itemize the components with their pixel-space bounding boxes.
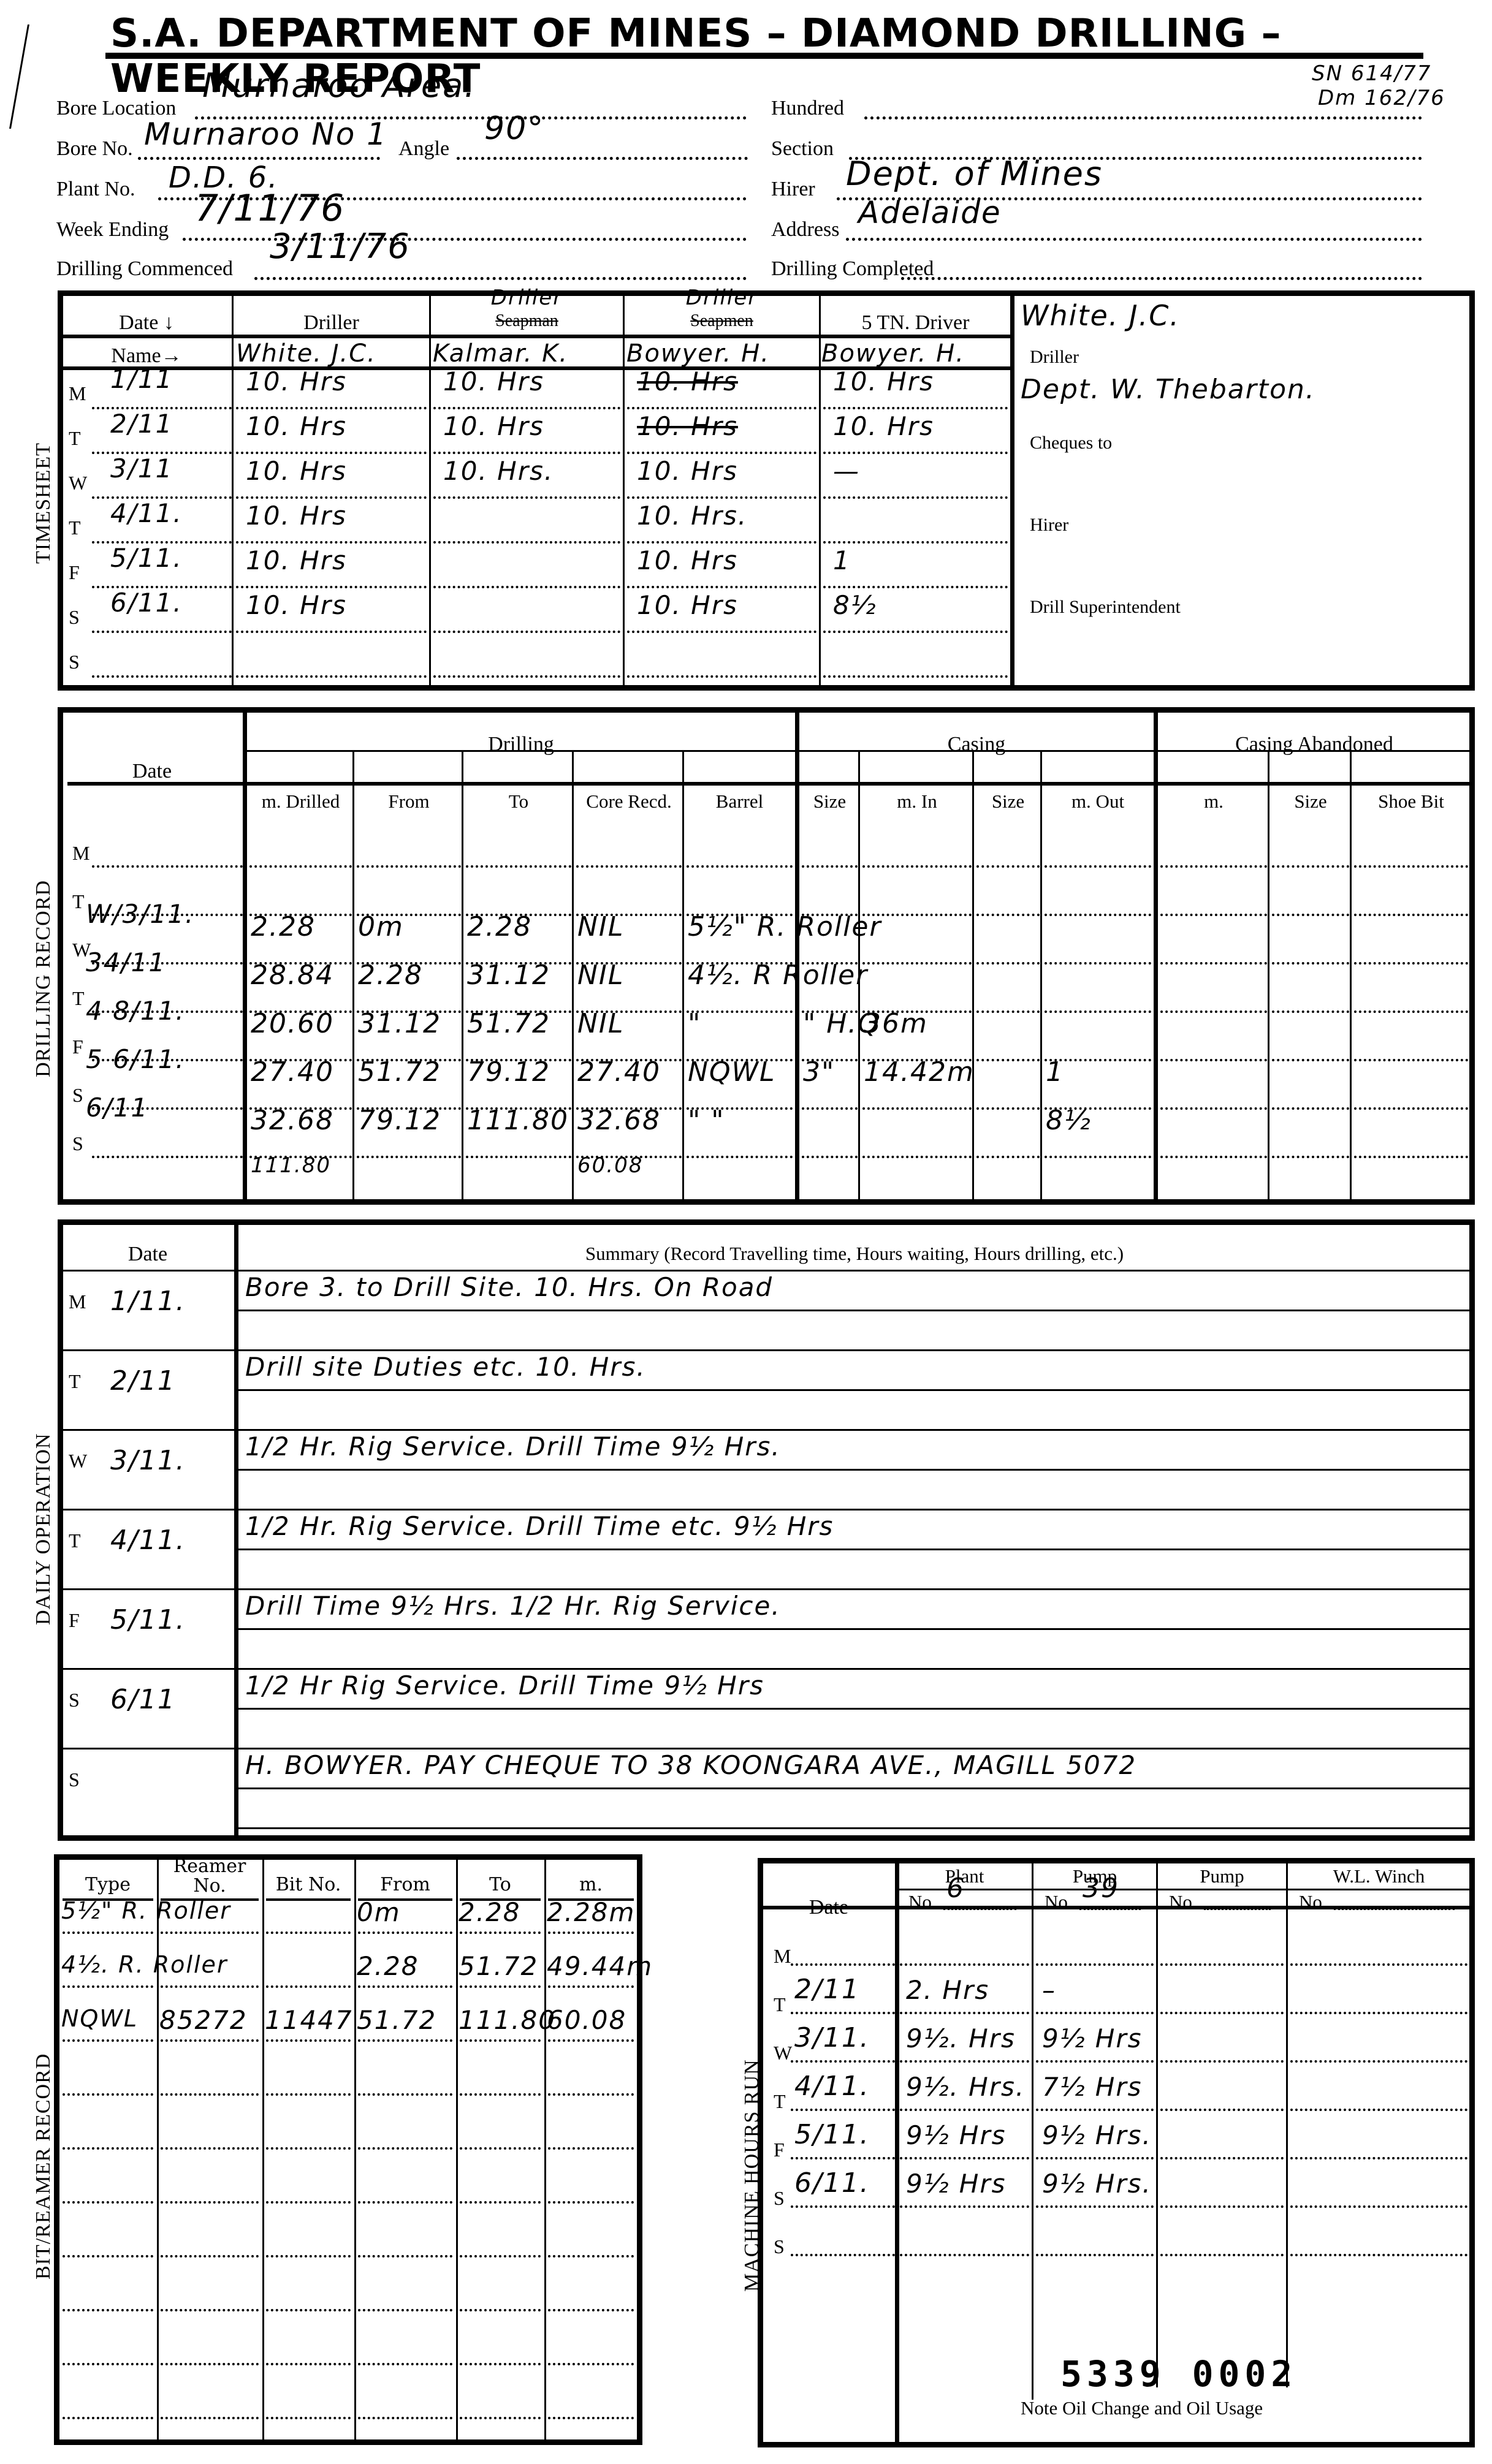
- row-dotted-line: [976, 962, 1040, 965]
- drilling-cell[interactable]: 27.40: [577, 1056, 661, 1088]
- timesheet-day-label: F: [69, 561, 80, 584]
- daily-date[interactable]: 6/11: [110, 1684, 176, 1715]
- row-dotted-line: [1160, 1963, 1284, 1966]
- drilling-cell[interactable]: 8½: [1046, 1105, 1092, 1136]
- row-dotted-line: [63, 1985, 153, 1988]
- row-dotted-line: [460, 2363, 541, 2365]
- daily-summary-text[interactable]: 1/2 Hr. Rig Service. Drill Time 9½ Hrs.: [245, 1431, 781, 1461]
- row-dotted-line: [1272, 914, 1349, 916]
- timesheet-day-label: W: [69, 472, 87, 495]
- timesheet-cell[interactable]: 10. Hrs: [637, 411, 738, 441]
- timesheet-day-label: S: [69, 606, 80, 629]
- column-divider: [456, 1857, 458, 2443]
- machine-day-label: W: [774, 2042, 792, 2064]
- side-cheques-to-value[interactable]: Dept. W. Thebarton.: [1021, 374, 1315, 405]
- timesheet-cell[interactable]: 10. Hrs: [246, 590, 347, 620]
- row-dotted-line: [1160, 2060, 1284, 2063]
- row-dotted-line: [1272, 1059, 1349, 1061]
- row-dotted-line: [1354, 1156, 1468, 1158]
- drilling-cell[interactable]: 27.40: [251, 1056, 334, 1088]
- row-dotted-line: [460, 1985, 541, 1988]
- row-dotted-line: [63, 2039, 153, 2042]
- no-dotted-line: [1079, 1908, 1141, 1910]
- bit-cell[interactable]: 49.44m: [547, 1951, 653, 1981]
- drilling-col-header: m. In: [860, 790, 974, 813]
- plant-no-label: Plant No.: [56, 178, 135, 201]
- row-dotted-line: [823, 541, 1008, 544]
- row-dotted-line: [161, 2093, 259, 2096]
- ruled-line: [238, 1509, 1471, 1511]
- machine-cell[interactable]: 7½ Hrs: [1042, 2072, 1143, 2102]
- row-dotted-line: [161, 2363, 259, 2365]
- header-rule: [266, 1898, 351, 1901]
- row-dotted-line: [900, 2205, 1029, 2208]
- daily-day-label: F: [69, 1609, 80, 1632]
- row-dotted-line: [1290, 2157, 1467, 2159]
- row-dotted-line: [687, 1156, 793, 1158]
- drilling-cell[interactable]: ": [688, 1008, 701, 1039]
- drilling-cell[interactable]: 51.72: [358, 1056, 441, 1088]
- daily-summary-text[interactable]: H. BOWYER. PAY CHEQUE TO 38 KOONGARA AVE…: [245, 1750, 1136, 1780]
- row-dotted-line: [802, 1107, 858, 1110]
- row-dotted-line: [862, 865, 972, 868]
- row-dotted-line: [900, 1963, 1029, 1966]
- timesheet-cell[interactable]: 10. Hrs: [833, 411, 934, 441]
- row-dotted-line: [63, 2093, 153, 2096]
- bit-cell[interactable]: 2.28: [459, 1897, 521, 1927]
- row-dotted-line: [1160, 1059, 1267, 1061]
- drilling-cell[interactable]: 31.12: [358, 1008, 441, 1039]
- machine-cell[interactable]: 9½ Hrs: [1042, 2023, 1143, 2053]
- row-dotted-line: [900, 2254, 1029, 2256]
- row-dotted-line: [1354, 962, 1468, 965]
- side-drill-superintendent-label: Drill Superintendent: [1030, 597, 1181, 618]
- reference-number-1: SN 614/77: [1312, 61, 1431, 86]
- row-dotted-line: [791, 2109, 895, 2111]
- side-hirer-label: Hirer: [1030, 515, 1068, 536]
- ruled-line: [238, 1668, 1471, 1670]
- row-dotted-line: [63, 2363, 153, 2365]
- timesheet-name-col4[interactable]: Bowyer. H.: [821, 339, 965, 368]
- drilling-commenced-field[interactable]: 3/11/76: [270, 227, 411, 267]
- side-driller-label: Driller: [1030, 347, 1079, 368]
- timesheet-cell[interactable]: 10. Hrs: [637, 545, 738, 575]
- daily-summary-text[interactable]: Drill Time 9½ Hrs. 1/2 Hr. Rig Service.: [245, 1591, 781, 1621]
- row-divider: [61, 1509, 234, 1511]
- daily-date[interactable]: 2/11: [110, 1365, 176, 1397]
- row-divider: [61, 1349, 234, 1351]
- daily-summary-text[interactable]: 1/2 Hr. Rig Service. Drill Time etc. 9½ …: [245, 1511, 834, 1541]
- row-dotted-line: [1045, 1010, 1151, 1013]
- row-dotted-line: [266, 1985, 351, 1988]
- bit-cell[interactable]: 111.80: [459, 2005, 556, 2035]
- row-divider: [61, 1588, 234, 1590]
- timesheet-cell[interactable]: 10. Hrs: [637, 366, 738, 396]
- row-divider: [61, 1748, 234, 1749]
- row-dotted-line: [791, 2205, 895, 2208]
- timesheet-date-header: Date ↓: [61, 311, 232, 335]
- row-dotted-line: [460, 2417, 541, 2419]
- ruled-line: [238, 1349, 1471, 1351]
- row-dotted-line: [460, 2147, 541, 2150]
- address-label: Address: [771, 218, 839, 241]
- machine-date[interactable]: 5/11.: [794, 2119, 870, 2150]
- drilling-cell[interactable]: 32.68: [251, 1105, 334, 1136]
- timesheet-name-col3[interactable]: Bowyer. H.: [626, 339, 770, 368]
- row-dotted-line: [460, 1931, 541, 1934]
- row-dotted-line: [236, 675, 427, 678]
- drilling-cell[interactable]: 14.42m: [864, 1056, 975, 1088]
- angle-field[interactable]: 90°: [484, 110, 544, 147]
- machine-date[interactable]: 2/11: [794, 1974, 860, 2005]
- machine-date-header: Date: [763, 1896, 895, 1919]
- row-dotted-line: [1272, 1010, 1349, 1013]
- row-dotted-line: [1272, 865, 1349, 868]
- timesheet-cell[interactable]: 10. Hrs: [637, 590, 738, 620]
- ruled-line: [238, 1588, 1471, 1590]
- ruled-line: [238, 1429, 1471, 1431]
- bit-reamer-section-label: BIT/REAMER RECORD: [32, 2053, 55, 2280]
- row-dotted-line: [802, 865, 858, 868]
- row-dotted-line: [161, 2201, 259, 2204]
- row-dotted-line: [1160, 1010, 1267, 1013]
- timesheet-cell[interactable]: 10. Hrs: [246, 545, 347, 575]
- drilling-day-label: T: [72, 987, 85, 1010]
- row-dotted-line: [161, 1985, 259, 1988]
- timesheet-cell[interactable]: 1: [833, 545, 851, 575]
- row-dotted-line: [236, 452, 427, 454]
- row-dotted-line: [687, 1010, 793, 1013]
- row-dotted-line: [791, 2060, 895, 2063]
- drilling-cell[interactable]: 28.84: [251, 960, 334, 991]
- machine-date[interactable]: 3/11.: [794, 2022, 870, 2053]
- timesheet-date[interactable]: 2/11: [110, 409, 173, 439]
- row-dotted-line: [1160, 962, 1267, 965]
- timesheet-col-driver-header: 5 TN. Driver: [821, 311, 1010, 335]
- drilling-cell[interactable]: 3": [803, 1056, 835, 1088]
- drilling-cell[interactable]: NIL: [577, 960, 624, 991]
- row-dotted-line: [1045, 865, 1151, 868]
- row-dotted-line: [460, 2255, 541, 2257]
- row-dotted-line: [900, 2109, 1029, 2111]
- machine-day-label: S: [774, 2235, 785, 2258]
- row-dotted-line: [1354, 865, 1468, 868]
- timesheet-date[interactable]: 6/11.: [110, 588, 183, 618]
- row-dotted-line: [236, 631, 427, 633]
- row-dotted-line: [627, 631, 816, 633]
- drilling-cell[interactable]: 32.68: [577, 1105, 661, 1136]
- column-divider: [262, 1857, 264, 2443]
- timesheet-cell[interactable]: 10. Hrs: [637, 456, 738, 486]
- timesheet-cell[interactable]: 10. Hrs: [833, 366, 934, 396]
- daily-day-label: W: [69, 1450, 87, 1473]
- daily-date-header: Date: [61, 1243, 234, 1266]
- daily-day-label: S: [69, 1689, 80, 1712]
- machine-no-label: No.: [1299, 1891, 1327, 1913]
- daily-date[interactable]: 1/11.: [110, 1286, 186, 1317]
- row-dotted-line: [92, 1156, 243, 1158]
- timesheet-cell[interactable]: 10. Hrs: [443, 366, 544, 396]
- machine-day-label: M: [774, 1945, 791, 1968]
- bit-cell[interactable]: NQWL: [61, 2005, 138, 2032]
- daily-day-label: M: [69, 1291, 86, 1313]
- timesheet-col-3-annotation: Driller: [625, 286, 819, 310]
- row-dotted-line: [791, 2254, 895, 2256]
- daily-date[interactable]: 4/11.: [110, 1525, 186, 1556]
- machine-cell[interactable]: 9½ Hrs.: [1042, 2120, 1152, 2150]
- bit-cell[interactable]: 51.72: [357, 2005, 436, 2035]
- ruled-line: [238, 1389, 1471, 1391]
- row-dotted-line: [627, 675, 816, 678]
- row-dotted-line: [266, 2417, 351, 2419]
- drilling-date[interactable]: 4 8/11.: [86, 996, 185, 1026]
- machine-no-value[interactable]: 39: [1083, 1873, 1119, 1904]
- column-divider: [682, 750, 684, 1202]
- timesheet-cell[interactable]: 10. Hrs.: [443, 456, 554, 486]
- timesheet-cell[interactable]: —: [833, 456, 860, 486]
- machine-day-label: S: [774, 2187, 785, 2210]
- row-dotted-line: [627, 586, 816, 588]
- drilling-cell[interactable]: 1: [1046, 1056, 1064, 1088]
- drilling-cell[interactable]: NQWL: [688, 1056, 776, 1088]
- row-dotted-line: [236, 496, 427, 499]
- row-dotted-line: [1160, 2205, 1284, 2208]
- row-dotted-line: [92, 631, 232, 633]
- drilling-cell[interactable]: 111.80: [251, 1153, 331, 1178]
- ruled-line: [238, 1787, 1471, 1789]
- row-dotted-line: [358, 2201, 452, 2204]
- row-dotted-line: [266, 2363, 351, 2365]
- bit-col-header: Bit No.: [262, 1875, 354, 1895]
- section-label: Section: [771, 137, 834, 161]
- timesheet-cell[interactable]: 10. Hrs: [246, 366, 347, 396]
- row-dotted-line: [1036, 2060, 1154, 2063]
- drilling-col-header: Size: [974, 790, 1042, 813]
- drilling-cell[interactable]: NIL: [577, 1008, 624, 1039]
- ruled-line: [238, 1827, 1471, 1829]
- drilling-date[interactable]: 6/11: [86, 1093, 148, 1123]
- daily-summary-text[interactable]: Bore 3. to Drill Site. 10. Hrs. On Road: [245, 1272, 773, 1302]
- no-dotted-line: [943, 1908, 1016, 1910]
- drilling-cell[interactable]: 79.12: [467, 1056, 550, 1088]
- timesheet-day-label: T: [69, 517, 81, 539]
- bore-location-field[interactable]: Murnaroo Area.: [202, 66, 476, 105]
- hirer-field[interactable]: Dept. of Mines: [846, 154, 1103, 193]
- row-dotted-line: [1354, 914, 1468, 916]
- drilling-cell[interactable]: 31.12: [467, 960, 550, 991]
- row-dotted-line: [548, 1931, 634, 1934]
- bit-cell[interactable]: 2.28: [357, 1951, 419, 1981]
- row-dotted-line: [862, 962, 972, 965]
- drilling-cell[interactable]: 51.72: [467, 1008, 550, 1039]
- row-dotted-line: [266, 2093, 351, 2096]
- timesheet-cell[interactable]: 10. Hrs: [443, 411, 544, 441]
- ruled-line: [238, 1628, 1471, 1630]
- daily-day-label: T: [69, 1530, 81, 1552]
- drilling-date[interactable]: W/3/11.: [86, 899, 194, 929]
- bit-cell[interactable]: 60.08: [547, 2005, 626, 2035]
- drilling-cell[interactable]: 0m: [358, 911, 404, 942]
- row-dotted-line: [63, 2309, 153, 2311]
- daily-summary-text[interactable]: Drill site Duties etc. 10. Hrs.: [245, 1352, 646, 1382]
- timesheet-col-driller-header: Driller: [234, 311, 429, 335]
- bit-cell[interactable]: 85272: [159, 2005, 248, 2035]
- side-driller-value[interactable]: White. J.C.: [1021, 299, 1180, 332]
- timesheet-name-col2[interactable]: Kalmar. K.: [433, 339, 568, 368]
- row-dotted-line: [358, 2093, 452, 2096]
- machine-cell[interactable]: 9½ Hrs: [906, 2120, 1007, 2150]
- drilling-cell[interactable]: 2.28: [467, 911, 532, 942]
- drilling-date[interactable]: 5 6/11.: [86, 1044, 185, 1074]
- drilling-day-label: S: [72, 1132, 83, 1155]
- drilling-cell[interactable]: 2.28: [358, 960, 423, 991]
- address-field[interactable]: Adelaide: [858, 195, 1002, 230]
- timesheet-cell[interactable]: 8½: [833, 590, 877, 620]
- row-dotted-line: [627, 541, 816, 544]
- timesheet-cell[interactable]: 10. Hrs: [246, 456, 347, 486]
- row-dotted-line: [357, 865, 461, 868]
- daily-day-label: S: [69, 1768, 80, 1791]
- timesheet-date[interactable]: 1/11: [110, 364, 173, 394]
- bit-cell[interactable]: 11447: [265, 2005, 353, 2035]
- angle-label: Angle: [398, 137, 449, 161]
- row-dotted-line: [900, 2060, 1029, 2063]
- timesheet-cell[interactable]: 10. Hrs: [246, 501, 347, 531]
- row-dotted-line: [823, 586, 1008, 588]
- drilling-cell[interactable]: 60.08: [577, 1153, 643, 1178]
- row-dotted-line: [358, 2309, 452, 2311]
- machine-col-header: W.L. Winch: [1288, 1865, 1470, 1887]
- row-dotted-line: [357, 1156, 461, 1158]
- row-dotted-line: [548, 2093, 634, 2096]
- daily-summary-text[interactable]: 1/2 Hr Rig Service. Drill Time 9½ Hrs: [245, 1670, 764, 1700]
- row-dotted-line: [627, 452, 816, 454]
- row-dotted-line: [236, 407, 427, 409]
- drilling-record-section-label: DRILLING RECORD: [32, 880, 55, 1077]
- row-dotted-line: [63, 2201, 153, 2204]
- machine-cell[interactable]: 2. Hrs: [906, 1975, 989, 2005]
- row-dotted-line: [358, 1985, 452, 1988]
- machine-cell[interactable]: 9½ Hrs: [906, 2169, 1007, 2199]
- bit-cell[interactable]: 51.72: [459, 1951, 538, 1981]
- week-ending-field[interactable]: 7/11/76: [195, 187, 345, 230]
- row-dotted-line: [236, 541, 427, 544]
- machine-date[interactable]: 6/11.: [794, 2167, 870, 2199]
- ruled-line: [238, 1748, 1471, 1749]
- row-dotted-line: [433, 586, 620, 588]
- drilling-date[interactable]: 34/11: [86, 947, 166, 977]
- row-dotted-line: [976, 1156, 1040, 1158]
- drilling-cell[interactable]: 20.60: [251, 1008, 334, 1039]
- daily-summary-header: Summary (Record Travelling time, Hours w…: [238, 1243, 1471, 1265]
- drilling-cell[interactable]: 2.28: [251, 911, 316, 942]
- hirer-label: Hirer: [771, 178, 815, 201]
- row-dotted-line: [1160, 2012, 1284, 2014]
- row-dotted-line: [1045, 914, 1151, 916]
- drilling-cell[interactable]: " ": [688, 1105, 725, 1136]
- row-dotted-line: [791, 2012, 895, 2014]
- drilling-col-header: m.: [1158, 790, 1269, 813]
- drilling-cell[interactable]: 79.12: [358, 1105, 441, 1136]
- row-dotted-line: [161, 2147, 259, 2150]
- column-divider: [354, 1857, 356, 2443]
- drilling-cell[interactable]: 36m: [864, 1008, 928, 1039]
- row-dotted-line: [1036, 2254, 1154, 2256]
- bore-no-field[interactable]: Murnaroo No 1: [144, 116, 387, 152]
- row-dotted-line: [1272, 1107, 1349, 1110]
- row-dotted-line: [548, 2147, 634, 2150]
- bit-cell[interactable]: 4½. R. Roller: [61, 1951, 228, 1978]
- bit-col-header: m.: [544, 1875, 638, 1895]
- row-dotted-line: [823, 496, 1008, 499]
- timesheet-col-seapmen-header: Seapmen: [625, 311, 819, 331]
- row-dotted-line: [358, 2039, 452, 2042]
- row-dotted-line: [548, 2201, 634, 2204]
- timesheet-name-driller[interactable]: White. J.C.: [236, 339, 376, 368]
- row-dotted-line: [266, 2201, 351, 2204]
- machine-cell[interactable]: –: [1042, 1975, 1056, 2005]
- timesheet-cell[interactable]: 10. Hrs: [246, 411, 347, 441]
- timesheet-date[interactable]: 5/11.: [110, 543, 183, 573]
- machine-no-value[interactable]: 6: [946, 1873, 965, 1904]
- ruled-line: [238, 1469, 1471, 1471]
- timesheet-date[interactable]: 4/11.: [110, 498, 183, 528]
- row-dotted-line: [1290, 2205, 1467, 2208]
- row-dotted-line: [1160, 2254, 1284, 2256]
- drilling-cell[interactable]: 5½" R. Roller: [688, 911, 882, 942]
- no-dotted-line: [1334, 1908, 1455, 1910]
- daily-day-label: T: [69, 1370, 81, 1393]
- row-dotted-line: [433, 407, 620, 409]
- row-dotted-line: [1354, 1010, 1468, 1013]
- row-dotted-line: [92, 675, 232, 678]
- row-dotted-line: [161, 2039, 259, 2042]
- machine-cell[interactable]: 9½. Hrs.: [906, 2072, 1025, 2102]
- row-dotted-line: [161, 2255, 259, 2257]
- timesheet-date[interactable]: 3/11: [110, 453, 173, 483]
- drilling-cell[interactable]: NIL: [577, 911, 624, 942]
- row-dotted-line: [466, 865, 571, 868]
- row-divider: [61, 1668, 234, 1670]
- row-dotted-line: [63, 2417, 153, 2419]
- stamp-number: 5339 0002: [1060, 2353, 1297, 2395]
- row-dotted-line: [1036, 2157, 1154, 2159]
- machine-col-header: Pump: [1158, 1865, 1286, 1887]
- row-dotted-line: [976, 1010, 1040, 1013]
- machine-date[interactable]: 4/11.: [794, 2071, 870, 2102]
- drilling-cell[interactable]: 111.80: [467, 1105, 569, 1136]
- bit-cell[interactable]: 2.28m: [547, 1897, 635, 1927]
- casing-abandoned-group-header: Casing Abandoned: [1158, 733, 1471, 756]
- bit-cell[interactable]: 5½" R. Roller: [61, 1897, 231, 1924]
- bit-cell[interactable]: 0m: [357, 1897, 401, 1927]
- oil-usage-note: Note Oil Change and Oil Usage: [1021, 2397, 1263, 2419]
- reference-number-2: Dm 162/76: [1318, 86, 1445, 110]
- daily-date[interactable]: 3/11.: [110, 1445, 186, 1476]
- column-divider: [1040, 750, 1042, 1202]
- drilling-col-header: Size: [1269, 790, 1352, 813]
- ruled-line: [238, 1708, 1471, 1710]
- timesheet-cell[interactable]: 10. Hrs.: [637, 501, 747, 531]
- machine-cell[interactable]: 9½ Hrs.: [1042, 2169, 1152, 2199]
- drilling-col-header: m. Drilled: [247, 790, 354, 813]
- row-dotted-line: [1160, 1107, 1267, 1110]
- machine-cell[interactable]: 9½. Hrs: [906, 2023, 1016, 2053]
- row-dotted-line: [63, 1931, 153, 1934]
- drilling-day-label: S: [72, 1084, 83, 1107]
- drilling-cell[interactable]: 4½. R Roller: [688, 960, 868, 991]
- daily-date[interactable]: 5/11.: [110, 1604, 186, 1636]
